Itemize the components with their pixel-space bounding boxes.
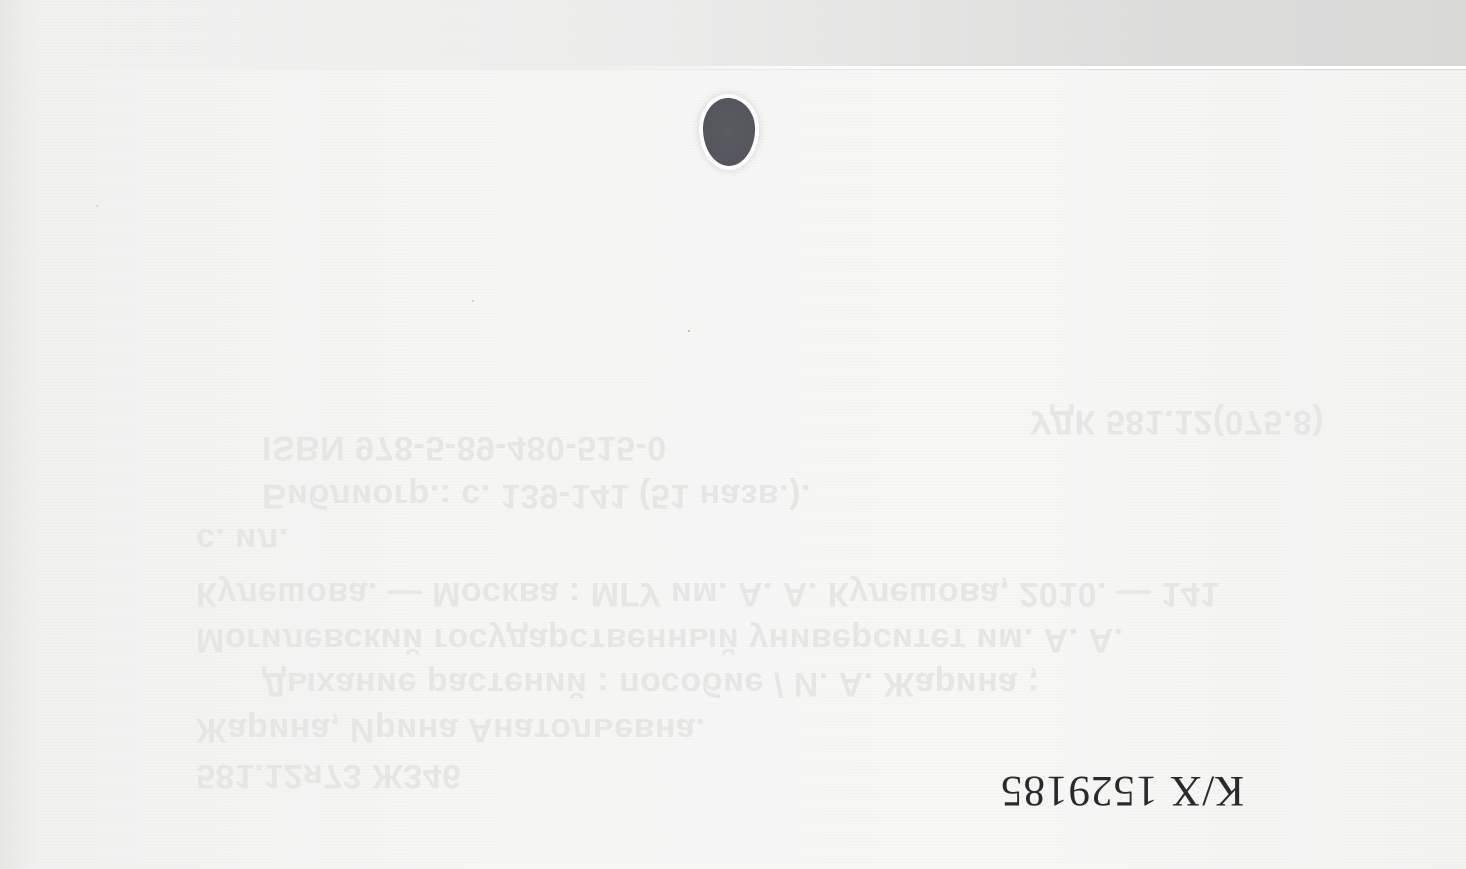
show-through-author: Жарина, Ирина Анатольевна.	[196, 710, 705, 749]
scanner-top-shadow	[0, 0, 1466, 70]
paper-speck	[96, 205, 98, 207]
card-top-edge	[560, 66, 1466, 69]
show-through-institution: Могилевский государственный университет …	[196, 620, 1123, 659]
show-through-isbn: ISBN 978-5-89-480-515-0	[262, 428, 667, 467]
paper-speck	[472, 300, 474, 302]
scanner-left-shade	[0, 0, 40, 869]
show-through-title: Дыхание растений : пособие / И. А. Жарин…	[262, 664, 1039, 703]
show-through-call-number: 581.12я73 Ж346	[196, 756, 462, 795]
paper-speck	[688, 330, 690, 332]
show-through-bibliography: Библиогр.: с. 139-141 (51 назв.).	[262, 476, 811, 515]
shelfmark: К/Х 1529185	[1000, 766, 1244, 815]
show-through-udk: УДК 581.12(075.8)	[1030, 402, 1324, 441]
show-through-pages: с. ил.	[196, 520, 289, 559]
show-through-publisher: Кулешова. — Москва : МГУ им. А. А. Кулеш…	[196, 574, 1220, 613]
